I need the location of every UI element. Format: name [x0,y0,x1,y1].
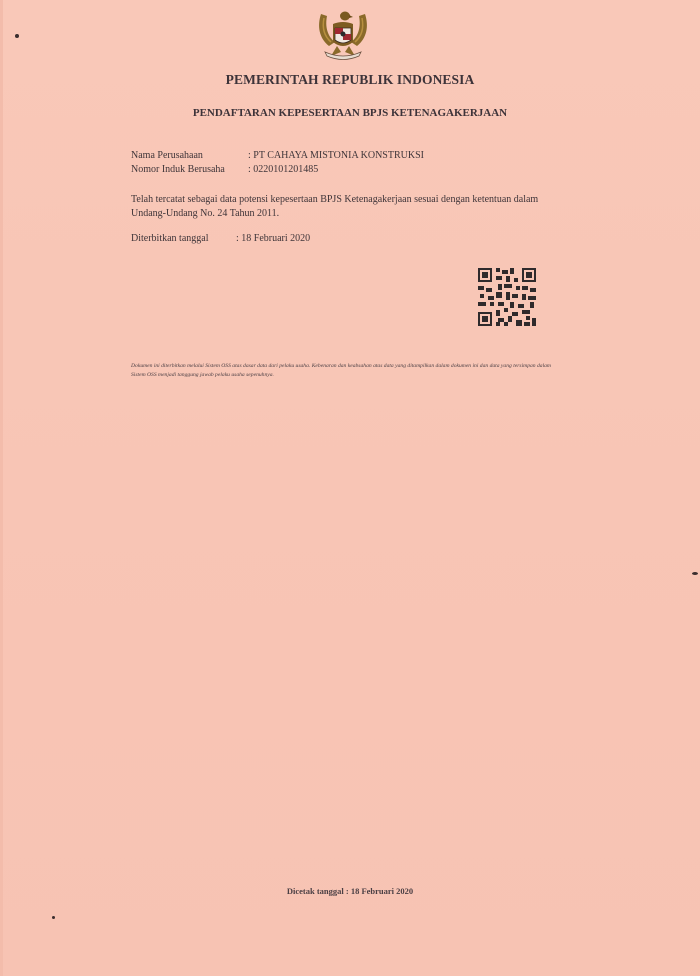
issued-value: : 18 Februari 2020 [236,233,310,244]
field-company-name: Nama Perusahaan: PT CAHAYA MISTONIA KONS… [131,150,424,161]
scan-speck [15,34,19,38]
registration-statement: Telah tercatat sebagai data potensi kepe… [131,193,561,221]
field-value: : 0220101201485 [248,164,318,175]
scan-speck [52,916,55,919]
field-label: Nama Perusahaan [131,150,248,161]
disclaimer-note: Dokumen ini diterbitkan melalui Sistem O… [131,362,561,380]
document-page: PEMERINTAH REPUBLIK INDONESIA PENDAFTARA… [0,0,700,976]
document-title: PENDAFTARAN KEPESERTAAN BPJS KETENAGAKER… [0,107,700,119]
scan-speck [692,572,698,575]
field-business-id: Nomor Induk Berusaha: 0220101201485 [131,164,318,175]
government-title: PEMERINTAH REPUBLIK INDONESIA [0,72,700,88]
field-label: Nomor Induk Berusaha [131,164,248,175]
page-edge [0,0,3,976]
field-value: : PT CAHAYA MISTONIA KONSTRUKSI [248,150,424,161]
issued-date: Diterbitkan tanggal: 18 Februari 2020 [131,233,310,244]
garuda-emblem-icon [315,6,371,64]
qr-code-icon [478,268,536,326]
printed-date: Dicetak tanggal : 18 Februari 2020 [0,886,700,896]
issued-label: Diterbitkan tanggal [131,233,236,244]
